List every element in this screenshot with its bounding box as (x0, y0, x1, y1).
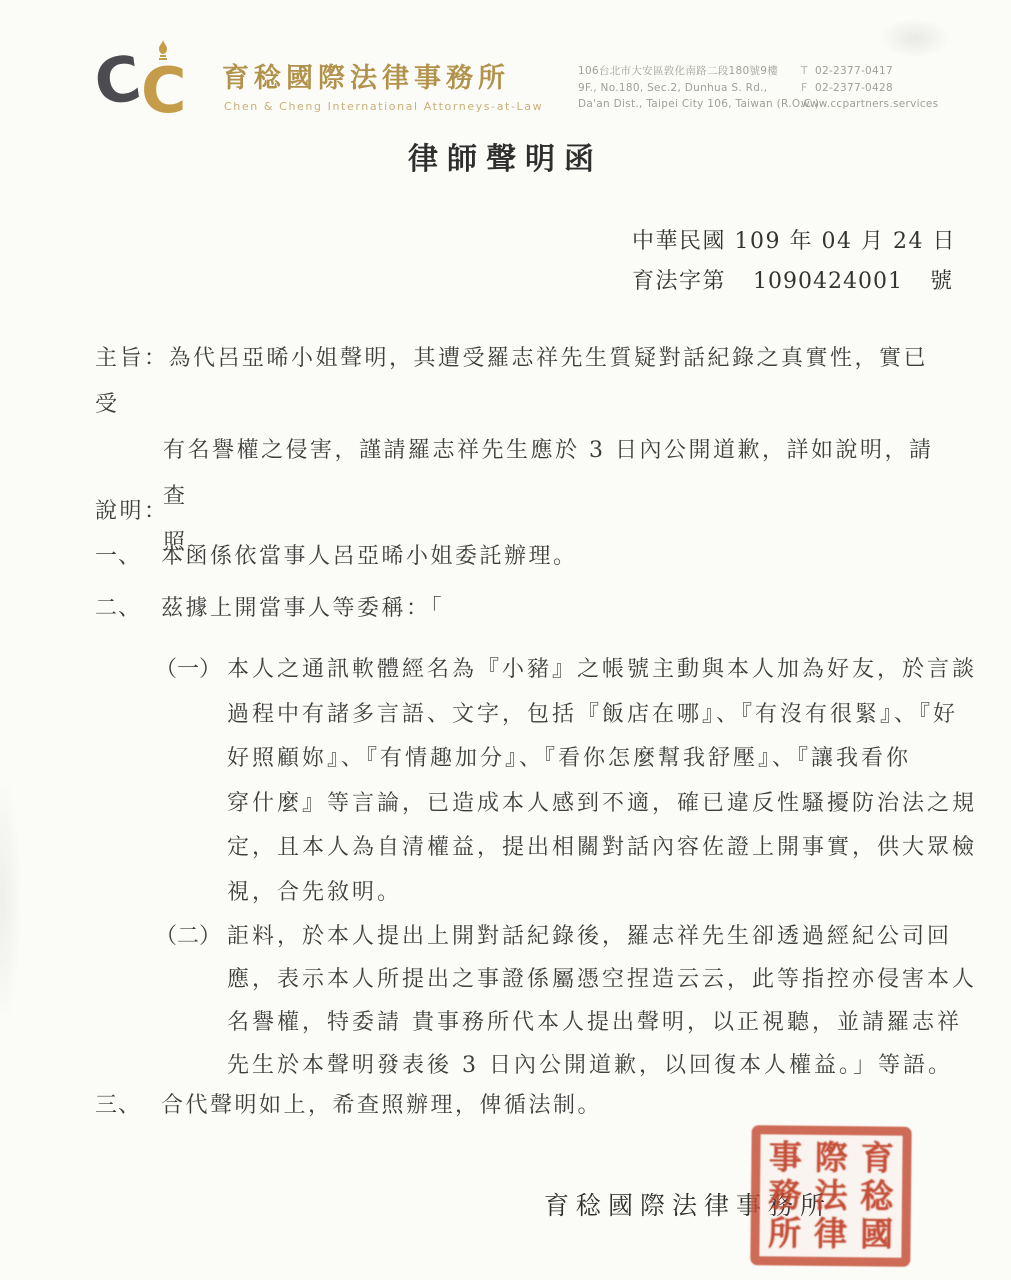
seal-char: 所 (768, 1214, 801, 1252)
reference-number-line: 育法字第1090424001號 (632, 264, 954, 295)
explanation-item-1: 一、本函係依當事人呂亞晞小姐委託辦理。 (95, 539, 578, 570)
text-line: 定，且本人為自清權益，提出相關對話內容佐證上開事實，供大眾檢 (227, 826, 977, 871)
text-line: 過程中有諸多言語、文字，包括『飯店在哪』、『有沒有很緊』、『好 (227, 693, 977, 738)
address-english-line1: 9F., No.180, Sec.2, Dunhua S. Rd., (578, 80, 819, 97)
website-link: www.ccpartners.services (801, 96, 938, 113)
subitem-2-text: 詎料，於本人提出上開對話紀錄後，羅志祥先生卻透過經紀公司回 應，表示本人所提出之… (227, 915, 977, 1087)
tel-label: T (801, 63, 815, 80)
address-block: 106台北市大安區敦化南路二段180號9樓 9F., No.180, Sec.2… (578, 63, 819, 113)
address-english-line2: Da'an Dist., Taipei City 106, Taiwan (R.… (578, 96, 819, 113)
firm-seal-stamp: 育 稔 國 際 法 律 事 務 所 (750, 1125, 911, 1267)
text-line: 先生於本聲明發表後 3 日內公開道歉，以回復本人權益。」等語。 (227, 1044, 977, 1087)
subitem-1-number: （一） (155, 648, 227, 915)
explanation-label: 說明： (95, 494, 169, 525)
text-line: 應，表示本人所提出之事證係屬憑空捏造云云，此等指控亦侵害本人 (227, 958, 977, 1001)
document-title: 律師聲明函 (0, 134, 1011, 178)
logo-letter-c-gold: C (141, 60, 187, 122)
seal-char: 務 (768, 1176, 801, 1214)
telephone-row: T02-2377-0417 (801, 63, 938, 80)
address-chinese: 106台北市大安區敦化南路二段180號9樓 (578, 63, 819, 80)
scan-artifact (880, 18, 950, 58)
explanation-subitem-1: （一） 本人之通訊軟體經名為『小豬』之帳號主動與本人加為好友，於言談 過程中有諸… (155, 648, 977, 915)
text-line: 穿什麼』等言論，已造成本人感到不適，確已違反性騷擾防治法之規 (227, 782, 977, 827)
seal-column-left: 事 務 所 (768, 1138, 802, 1252)
logo-letter-c-dark: C (91, 47, 145, 115)
scan-artifact (0, 770, 22, 1030)
seal-char: 際 (815, 1139, 848, 1177)
item-3-text: 合代聲明如上，希查照辦理，俾循法制。 (161, 1088, 602, 1119)
seal-char: 律 (814, 1215, 847, 1253)
fax-row: F02-2377-0428 (801, 80, 938, 97)
seal-char: 事 (769, 1138, 802, 1176)
subitem-2-number: （二） (155, 915, 227, 1087)
seal-column-right: 育 稔 國 (860, 1139, 894, 1253)
explanation-item-2: 二、茲據上開當事人等委稱：「 (95, 591, 444, 622)
text-line: 視，合先敘明。 (227, 871, 977, 916)
firm-name-english: Chen & Cheng International Attorneys-at-… (224, 100, 543, 113)
subject-text-1: 為代呂亞晞小姐聲明，其遭受羅志祥先生質疑對話紀錄之真實性，實已受 (95, 346, 928, 417)
text-line: 詎料，於本人提出上開對話紀錄後，羅志祥先生卻透過經紀公司回 (227, 915, 977, 958)
text-line: 名譽權，特委請 貴事務所代本人提出聲明，以正視聽，並請羅志祥 (227, 1001, 977, 1044)
seal-column-middle: 際 法 律 (814, 1139, 848, 1253)
text-line: 本人之通訊軟體經名為『小豬』之帳號主動與本人加為好友，於言談 (227, 648, 977, 693)
explanation-subitem-2: （二） 詎料，於本人提出上開對話紀錄後，羅志祥先生卻透過經紀公司回 應，表示本人… (155, 915, 977, 1087)
item-2-text: 茲據上開當事人等委稱：「 (161, 591, 444, 622)
item-3-number: 三、 (95, 1088, 161, 1119)
seal-char: 稔 (860, 1177, 893, 1215)
ref-prefix: 育法字第 (632, 269, 726, 294)
seal-char: 國 (860, 1215, 893, 1253)
ref-suffix: 號 (930, 269, 954, 294)
date-line: 中華民國 109 年 04 月 24 日 (632, 224, 956, 255)
seal-char: 法 (814, 1177, 847, 1215)
firm-name-chinese: 育稔國際法律事務所 (222, 64, 510, 94)
item-1-number: 一、 (95, 539, 161, 570)
fax-number: 02-2377-0428 (815, 82, 893, 94)
subject-line-2: 有名譽權之侵害，謹請羅志祥先生應於 3 日內公開道歉，詳如說明，請查 (95, 428, 945, 520)
explanation-item-3: 三、合代聲明如上，希查照辦理，俾循法制。 (95, 1088, 602, 1119)
ref-number: 1090424001 (753, 269, 903, 294)
fax-label: F (801, 80, 815, 97)
seal-char: 育 (861, 1139, 894, 1177)
contact-block: T02-2377-0417 F02-2377-0428 www.ccpartne… (801, 63, 938, 113)
letter-page: C C 育稔國際法律事務所 Chen & Cheng International… (0, 0, 1011, 1280)
firm-logo: C C (95, 46, 213, 124)
subitem-1-text: 本人之通訊軟體經名為『小豬』之帳號主動與本人加為好友，於言談 過程中有諸多言語、… (227, 648, 977, 915)
item-1-text: 本函係依當事人呂亞晞小姐委託辦理。 (161, 539, 578, 570)
tel-number: 02-2377-0417 (815, 65, 893, 77)
subject-label: 主旨： (95, 346, 169, 371)
text-line: 好照顧妳』、『有情趣加分』、『看你怎麼幫我舒壓』、『讓我看你 (227, 737, 977, 782)
subject-line-1: 主旨：為代呂亞晞小姐聲明，其遭受羅志祥先生質疑對話紀錄之真實性，實已受 (95, 336, 945, 428)
subject-section: 主旨：為代呂亞晞小姐聲明，其遭受羅志祥先生質疑對話紀錄之真實性，實已受 有名譽權… (95, 336, 945, 566)
item-2-number: 二、 (95, 591, 161, 622)
